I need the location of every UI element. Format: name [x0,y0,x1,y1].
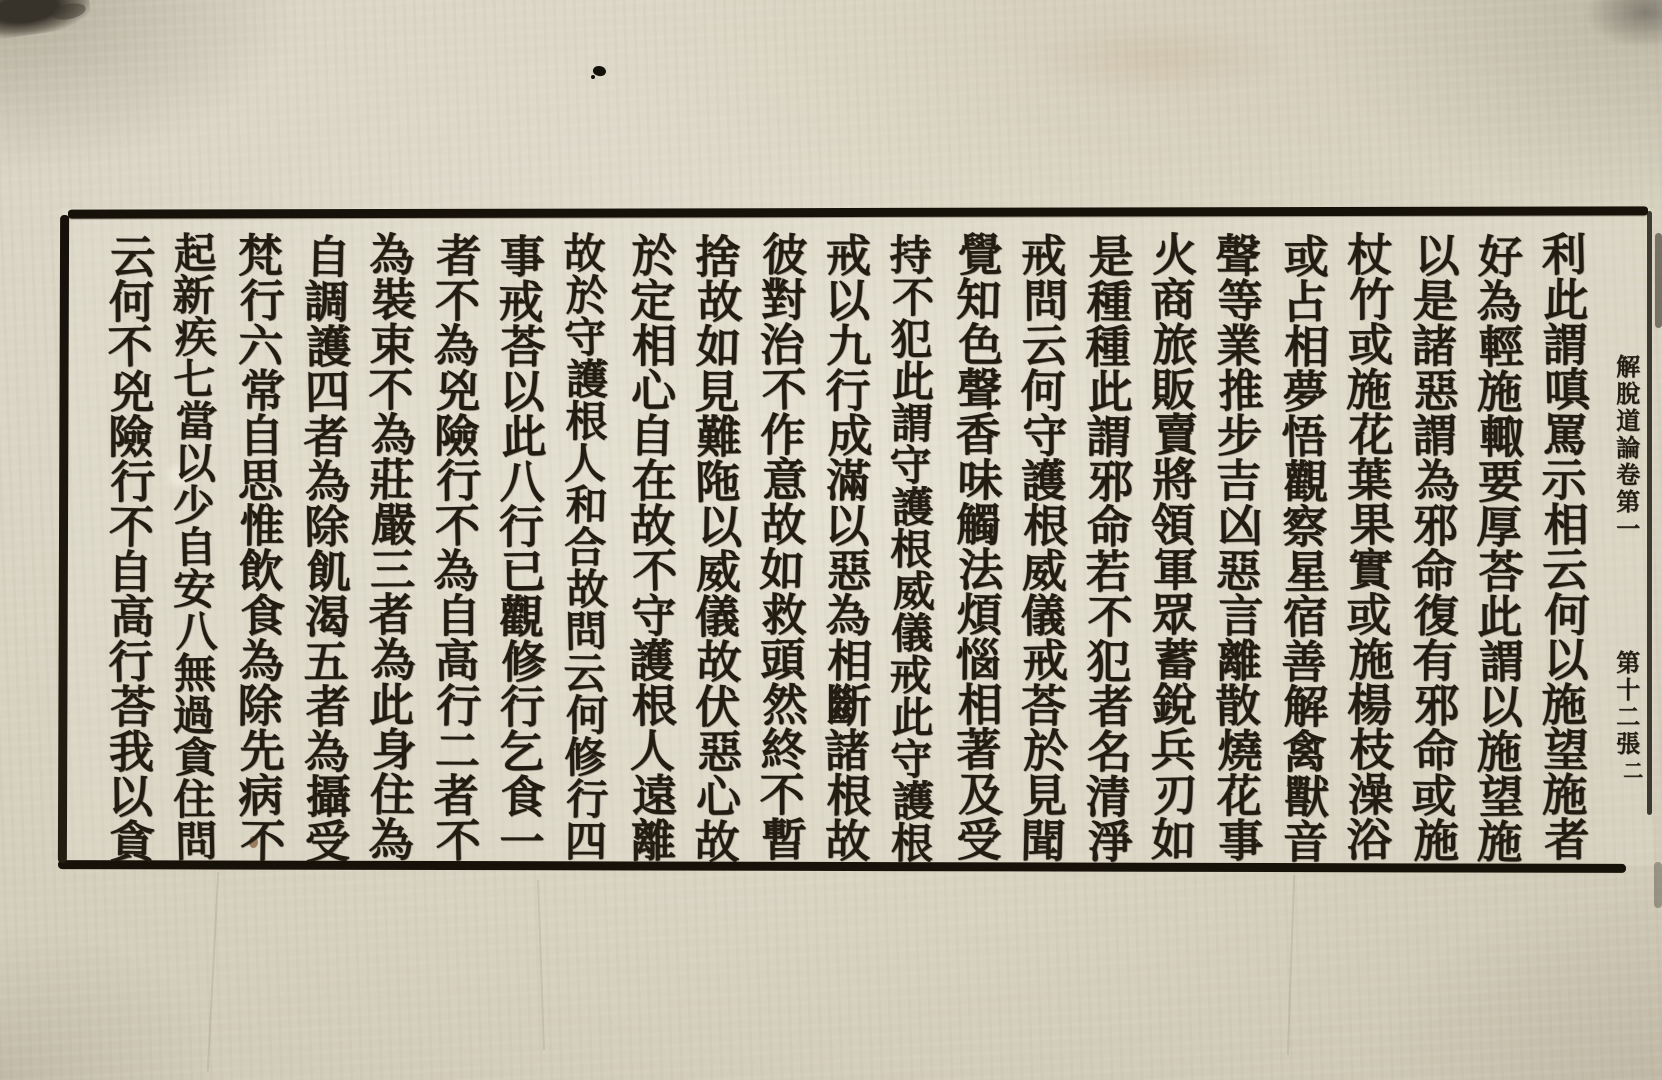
paper-stain [1030,20,1290,98]
volume-title-column: 解脫道論卷第一 第十二張 二 [1598,232,1640,858]
text-columns: 解脫道論卷第一 第十二張 二 利此謂嗔罵示相云何以施望施者好為輕施輙要厚荅此謂以… [98,232,1640,858]
corner-smudge-top-right [1586,0,1662,48]
frame-rule-bottom [58,860,1626,873]
text-block-frame: 解脫道論卷第一 第十二張 二 利此謂嗔罵示相云何以施望施者好為輕施輙要厚荅此謂以… [60,208,1654,866]
text-column-13: 彼對治不作意故如救頭然終不暫 [750,231,808,857]
volume-title: 解脫道論卷第一 [1606,354,1646,543]
text-column-22: 起新疾七當以少自安八無過貪住問 [163,231,221,857]
text-column-4: 杖竹或施花葉果實或施楊枝澡浴 [1337,231,1395,857]
paper-crease [207,872,219,1072]
text-column-10: 覺知色聲香味觸法煩惱相著及受 [946,231,1004,857]
text-column-20: 自調護四者為除飢渴五者為攝受 [294,233,352,859]
text-column-9: 戒問云何守護根威儀戒荅於見聞 [1011,232,1069,858]
text-column-3: 以是諸惡謂為邪命復有邪命或施 [1402,232,1460,858]
right-edge-streak-lower [1654,862,1662,908]
fascicle-number: 二 [1612,760,1652,783]
text-column-14: 捨故如見難陁以威儀故伏惡心故 [685,233,743,859]
text-column-19: 為裝束不為莊嚴三者為此身住為 [359,231,417,857]
paper-crease [1287,875,1295,1055]
text-column-16: 故於守護根人和合故問云何修行四 [554,231,612,857]
text-column-2: 好為輕施輙要厚荅此謂以施望施 [1467,233,1525,859]
text-column-6: 聲等業推步吉凶惡言離散燒花事 [1206,232,1264,858]
leaf-number: 第十二張 [1606,650,1646,758]
text-column-15: 於定相心自在故不守護根人遠離 [620,232,678,858]
text-column-23: 云何不兇險行不自高行荅我以貪 [98,233,156,859]
text-column-1: 利此謂嗔罵示相云何以施望施者 [1532,231,1590,857]
frame-rule-top [68,206,1648,218]
text-column-12: 戒以九行成滿以惡為相斷諸根故 [815,232,873,858]
text-column-17: 事戒荅以此八行已觀修行乞食一 [489,233,547,859]
text-column-21: 梵行六常自思惟飲食為除先病不 [228,232,286,858]
frame-rule-left [58,215,69,863]
ink-dot-tail [591,75,595,79]
text-column-11: 持不犯此謂守護根威儀戒此守護根 [880,233,938,859]
text-column-7: 火商旅販賣將領軍眾蓄銳兵刃如 [1141,231,1199,857]
text-column-5: 或占相夢悟觀察星宿善解禽獸音 [1272,233,1330,859]
text-column-18: 者不為兇險行不為自高行二者不 [424,232,482,858]
frame-rule-right [1647,211,1652,815]
right-edge-streak [1655,233,1662,328]
manuscript-sheet: 解脫道論卷第一 第十二張 二 利此謂嗔罵示相云何以施望施者好為輕施輙要厚荅此謂以… [0,0,1662,1080]
paper-crease [537,880,545,1050]
text-column-8: 是種種此謂邪命若不犯者名清淨 [1076,233,1134,859]
